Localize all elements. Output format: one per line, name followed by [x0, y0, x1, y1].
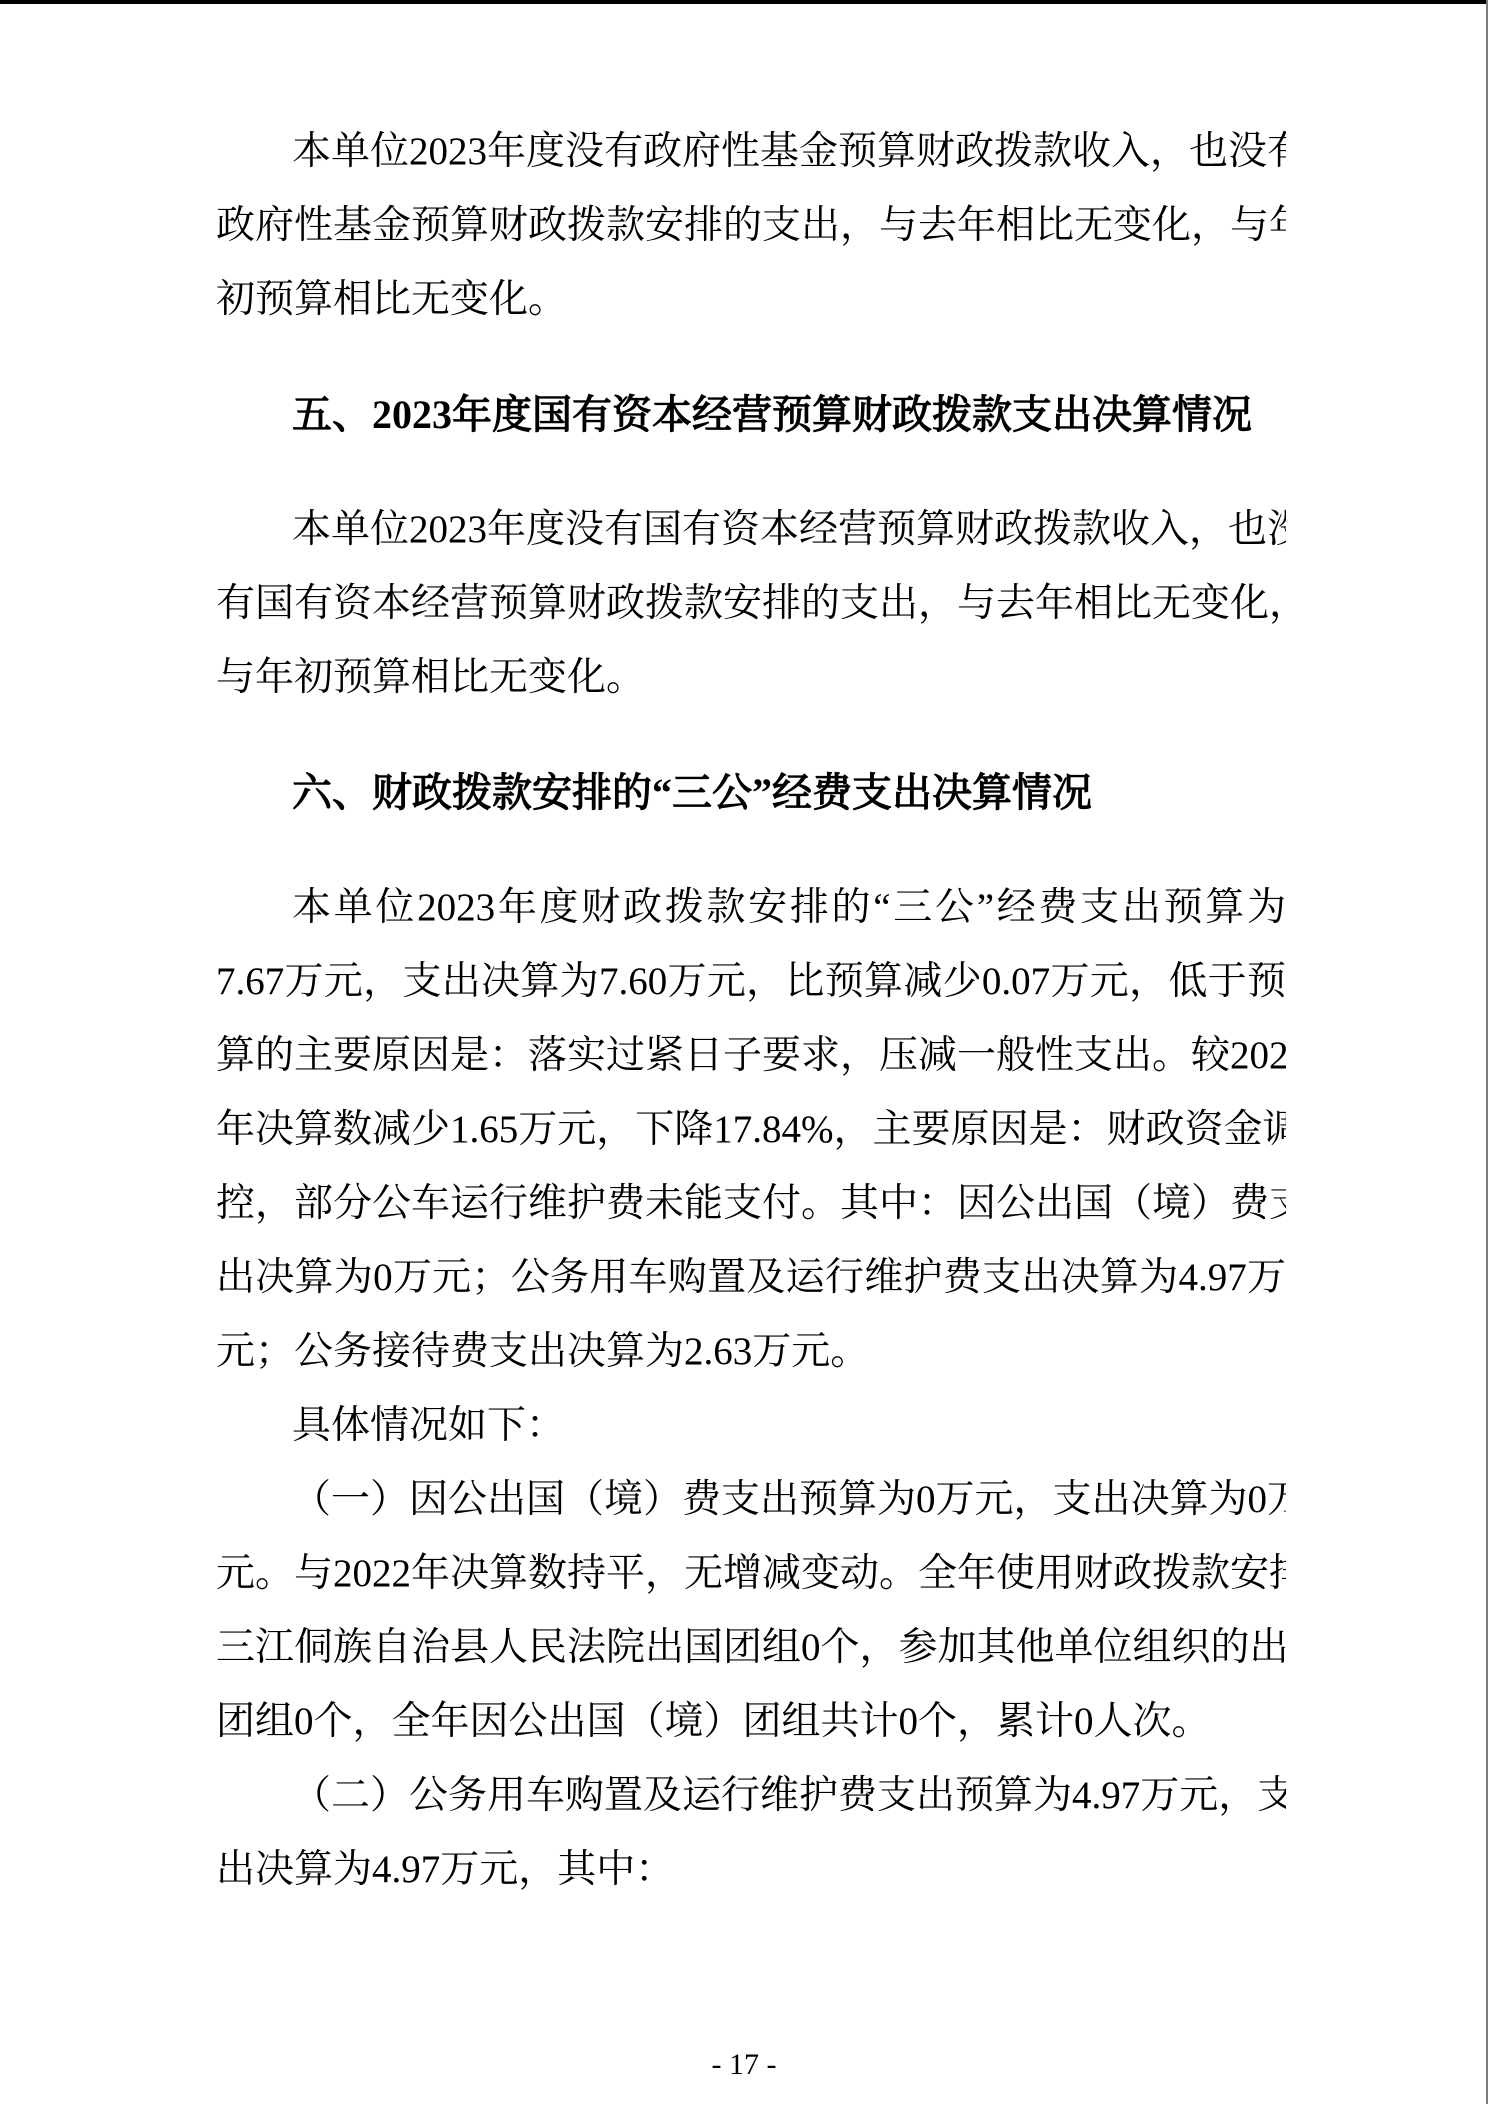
document-page: 本单位2023年度没有政府性基金预算财政拨款收入，也没有政府性基金预算财政拨款安… — [0, 0, 1488, 2104]
paragraph: 本单位2023年度没有国有资本经营预算财政拨款收入，也没有国有资本经营预算财政拨… — [216, 493, 1286, 715]
text-line: 出决算为4.97万元，其中： — [216, 1833, 1286, 1907]
text-line: 三江侗族自治县人民法院出国团组0个，参加其他单位组织的出国 — [216, 1611, 1286, 1685]
text-line: 年决算数减少1.65万元，下降17.84%，主要原因是：财政资金调 — [216, 1093, 1286, 1167]
text-line: 算的主要原因是：落实过紧日子要求，压减一般性支出。较2022 — [216, 1019, 1286, 1093]
text-line: 团组0个，全年因公出国（境）团组共计0个，累计0人次。 — [216, 1685, 1286, 1759]
page-top-edge-line — [0, 0, 1488, 4]
text-line: 本单位2023年度财政拨款安排的“三公”经费支出预算为 — [216, 871, 1286, 945]
text-line: 控，部分公车运行维护费未能支付。其中：因公出国（境）费支 — [216, 1167, 1286, 1241]
text-line: 初预算相比无变化。 — [216, 263, 1286, 337]
text-line: 政府性基金预算财政拨款安排的支出，与去年相比无变化，与年 — [216, 189, 1286, 263]
text-line: 元。与2022年决算数持平，无增减变动。全年使用财政拨款安排 — [216, 1537, 1286, 1611]
text-line: 本单位2023年度没有政府性基金预算财政拨款收入，也没有 — [216, 115, 1286, 189]
text-line: 有国有资本经营预算财政拨款安排的支出，与去年相比无变化， — [216, 567, 1286, 641]
document-body: 本单位2023年度没有政府性基金预算财政拨款收入，也没有政府性基金预算财政拨款安… — [216, 115, 1286, 1907]
text-line: 7.67万元，支出决算为7.60万元，比预算减少0.07万元，低于预 — [216, 945, 1286, 1019]
text-line: 元；公务接待费支出决算为2.63万元。 — [216, 1315, 1286, 1389]
paragraph: 本单位2023年度财政拨款安排的“三公”经费支出预算为7.67万元，支出决算为7… — [216, 871, 1286, 1389]
text-line: 具体情况如下： — [216, 1389, 1286, 1463]
text-line: （二）公务用车购置及运行维护费支出预算为4.97万元，支 — [216, 1759, 1286, 1833]
text-line: 出决算为0万元；公务用车购置及运行维护费支出决算为4.97万 — [216, 1241, 1286, 1315]
paragraph: （二）公务用车购置及运行维护费支出预算为4.97万元，支出决算为4.97万元，其… — [216, 1759, 1286, 1907]
text-line: 与年初预算相比无变化。 — [216, 641, 1286, 715]
page-number: - 17 - — [0, 2044, 1488, 2086]
text-line: 本单位2023年度没有国有资本经营预算财政拨款收入，也没 — [216, 493, 1286, 567]
paragraph: （一）因公出国（境）费支出预算为0万元，支出决算为0万元。与2022年决算数持平… — [216, 1463, 1286, 1759]
section-heading: 六、财政拨款安排的“三公”经费支出决算情况 — [216, 756, 1286, 830]
paragraph: 具体情况如下： — [216, 1389, 1286, 1463]
text-line: （一）因公出国（境）费支出预算为0万元，支出决算为0万 — [216, 1463, 1286, 1537]
paragraph: 本单位2023年度没有政府性基金预算财政拨款收入，也没有政府性基金预算财政拨款安… — [216, 115, 1286, 337]
section-heading: 五、2023年度国有资本经营预算财政拨款支出决算情况 — [216, 378, 1286, 452]
